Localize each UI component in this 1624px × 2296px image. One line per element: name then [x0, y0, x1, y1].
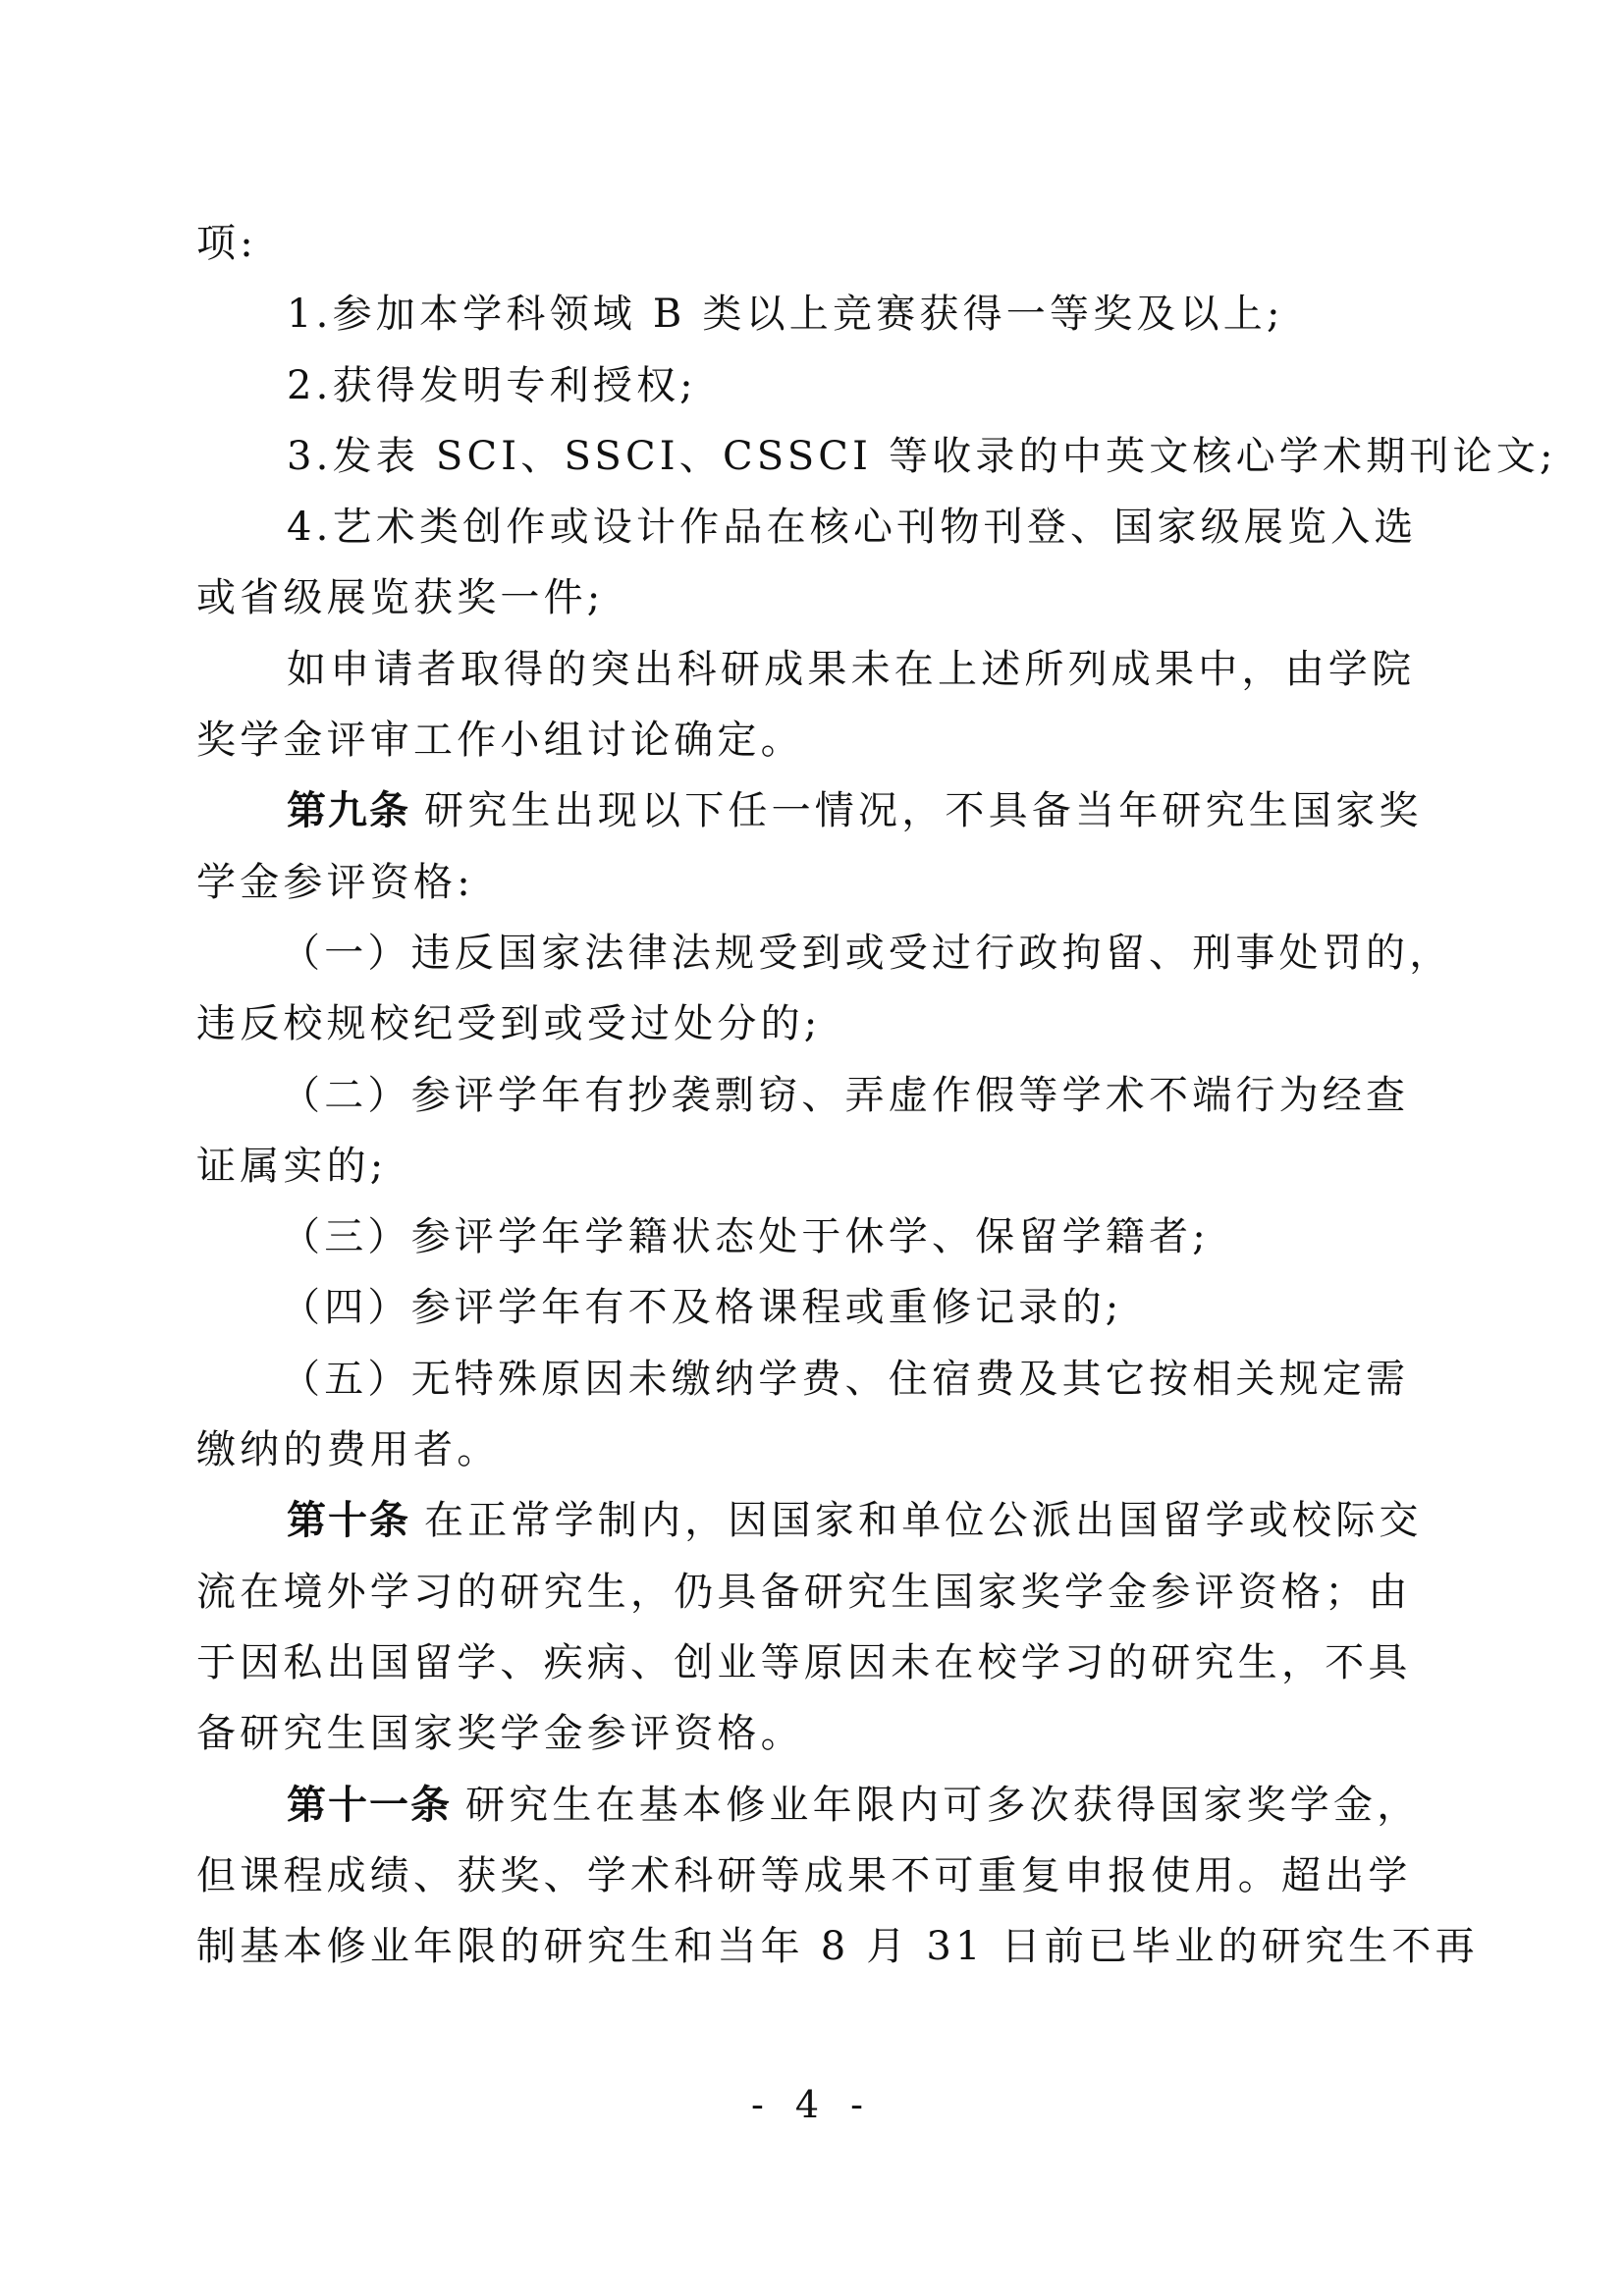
line-text: 研究生在基本修业年限内可多次获得国家奖学金，: [465, 1783, 1420, 1828]
line-text: 研究生出现以下任一情况，不具备当年研究生国家奖: [424, 788, 1423, 833]
text-line: 3.发表 SCI、SSCI、CSSCI 等收录的中英文核心学术期刊论文;: [196, 421, 1443, 492]
document-body: 项:1.参加本学科领域 B 类以上竞赛获得一等奖及以上;2.获得发明专利授权;3…: [196, 208, 1443, 1982]
line-text: 但课程成绩、获奖、学术科研等成果不可重复申报使用。超出学: [196, 1853, 1412, 1898]
line-text: 3.发表 SCI、SSCI、CSSCI 等收录的中英文核心学术期刊论文;: [287, 434, 1557, 479]
text-line: 2.获得发明专利授权;: [196, 350, 1443, 421]
line-text: （二）参评学年有抄袭剽窃、弄虚作假等学术不端行为经查: [281, 1073, 1409, 1118]
article-heading: 第十条: [287, 1498, 410, 1543]
text-line: 如申请者取得的突出科研成果未在上述所列成果中，由学院: [196, 634, 1443, 705]
text-line: 流在境外学习的研究生，仍具备研究生国家奖学金参评资格；由: [196, 1557, 1443, 1628]
line-text: 流在境外学习的研究生，仍具备研究生国家奖学金参评资格；由: [196, 1570, 1412, 1615]
line-text: 1.参加本学科领域 B 类以上竞赛获得一等奖及以上;: [287, 292, 1284, 337]
line-text: 于因私出国留学、疾病、创业等原因未在校学习的研究生，不具: [196, 1640, 1412, 1685]
article-heading: 第十一条: [287, 1783, 452, 1828]
line-text: （一）违反国家法律法规受到或受过行政拘留、刑事处罚的，: [281, 931, 1452, 976]
line-text: 在正常学制内，因国家和单位公派出国留学或校际交: [424, 1498, 1423, 1543]
line-text: （三）参评学年学籍状态处于休学、保留学籍者;: [281, 1214, 1210, 1259]
text-line: 学金参评资格:: [196, 847, 1443, 918]
page-number: - 4 -: [0, 2083, 1624, 2126]
text-line: （五）无特殊原因未缴纳学费、住宿费及其它按相关规定需: [196, 1344, 1443, 1415]
text-line: 备研究生国家奖学金参评资格。: [196, 1698, 1443, 1769]
line-text: 4.艺术类创作或设计作品在核心刊物刊登、国家级展览入选: [287, 505, 1418, 550]
text-line: 4.艺术类创作或设计作品在核心刊物刊登、国家级展览入选: [196, 492, 1443, 562]
text-line: 第十一条研究生在基本修业年限内可多次获得国家奖学金，: [196, 1770, 1443, 1841]
line-text: （五）无特殊原因未缴纳学费、住宿费及其它按相关规定需: [281, 1357, 1409, 1402]
line-text: 项:: [196, 221, 257, 266]
article-heading: 第九条: [287, 788, 410, 833]
text-line: 第十条在正常学制内，因国家和单位公派出国留学或校际交: [196, 1485, 1443, 1556]
line-text: 如申请者取得的突出科研成果未在上述所列成果中，由学院: [287, 647, 1415, 692]
text-line: 或省级展览获奖一件;: [196, 562, 1443, 633]
text-line: 1.参加本学科领域 B 类以上竞赛获得一等奖及以上;: [196, 279, 1443, 349]
line-text: 缴纳的费用者。: [196, 1427, 500, 1472]
text-line: （三）参评学年学籍状态处于休学、保留学籍者;: [196, 1201, 1443, 1272]
line-text: 或省级展览获奖一件;: [196, 575, 604, 620]
line-text: 违反校规校纪受到或受过处分的;: [196, 1001, 821, 1046]
text-line: （四）参评学年有不及格课程或重修记录的;: [196, 1272, 1443, 1343]
line-text: 备研究生国家奖学金参评资格。: [196, 1711, 804, 1756]
text-line: 违反校规校纪受到或受过处分的;: [196, 988, 1443, 1059]
line-text: 学金参评资格:: [196, 860, 474, 905]
text-line: 奖学金评审工作小组讨论确定。: [196, 705, 1443, 775]
line-text: （四）参评学年有不及格课程或重修记录的;: [281, 1285, 1122, 1330]
text-line: 项:: [196, 208, 1443, 279]
text-line: 缴纳的费用者。: [196, 1415, 1443, 1485]
text-line: （二）参评学年有抄袭剽窃、弄虚作假等学术不端行为经查: [196, 1060, 1443, 1131]
text-line: 于因私出国留学、疾病、创业等原因未在校学习的研究生，不具: [196, 1628, 1443, 1698]
text-line: 但课程成绩、获奖、学术科研等成果不可重复申报使用。超出学: [196, 1841, 1443, 1911]
text-line: 证属实的;: [196, 1131, 1443, 1201]
line-text: 2.获得发明专利授权;: [287, 363, 697, 408]
line-text: 证属实的;: [196, 1144, 387, 1189]
line-text: 制基本修业年限的研究生和当年 8 月 31 日前已毕业的研究生不再: [196, 1924, 1479, 1969]
text-line: 第九条研究生出现以下任一情况，不具备当年研究生国家奖: [196, 775, 1443, 846]
text-line: 制基本修业年限的研究生和当年 8 月 31 日前已毕业的研究生不再: [196, 1911, 1443, 1982]
text-line: （一）违反国家法律法规受到或受过行政拘留、刑事处罚的，: [196, 918, 1443, 988]
line-text: 奖学金评审工作小组讨论确定。: [196, 718, 804, 763]
